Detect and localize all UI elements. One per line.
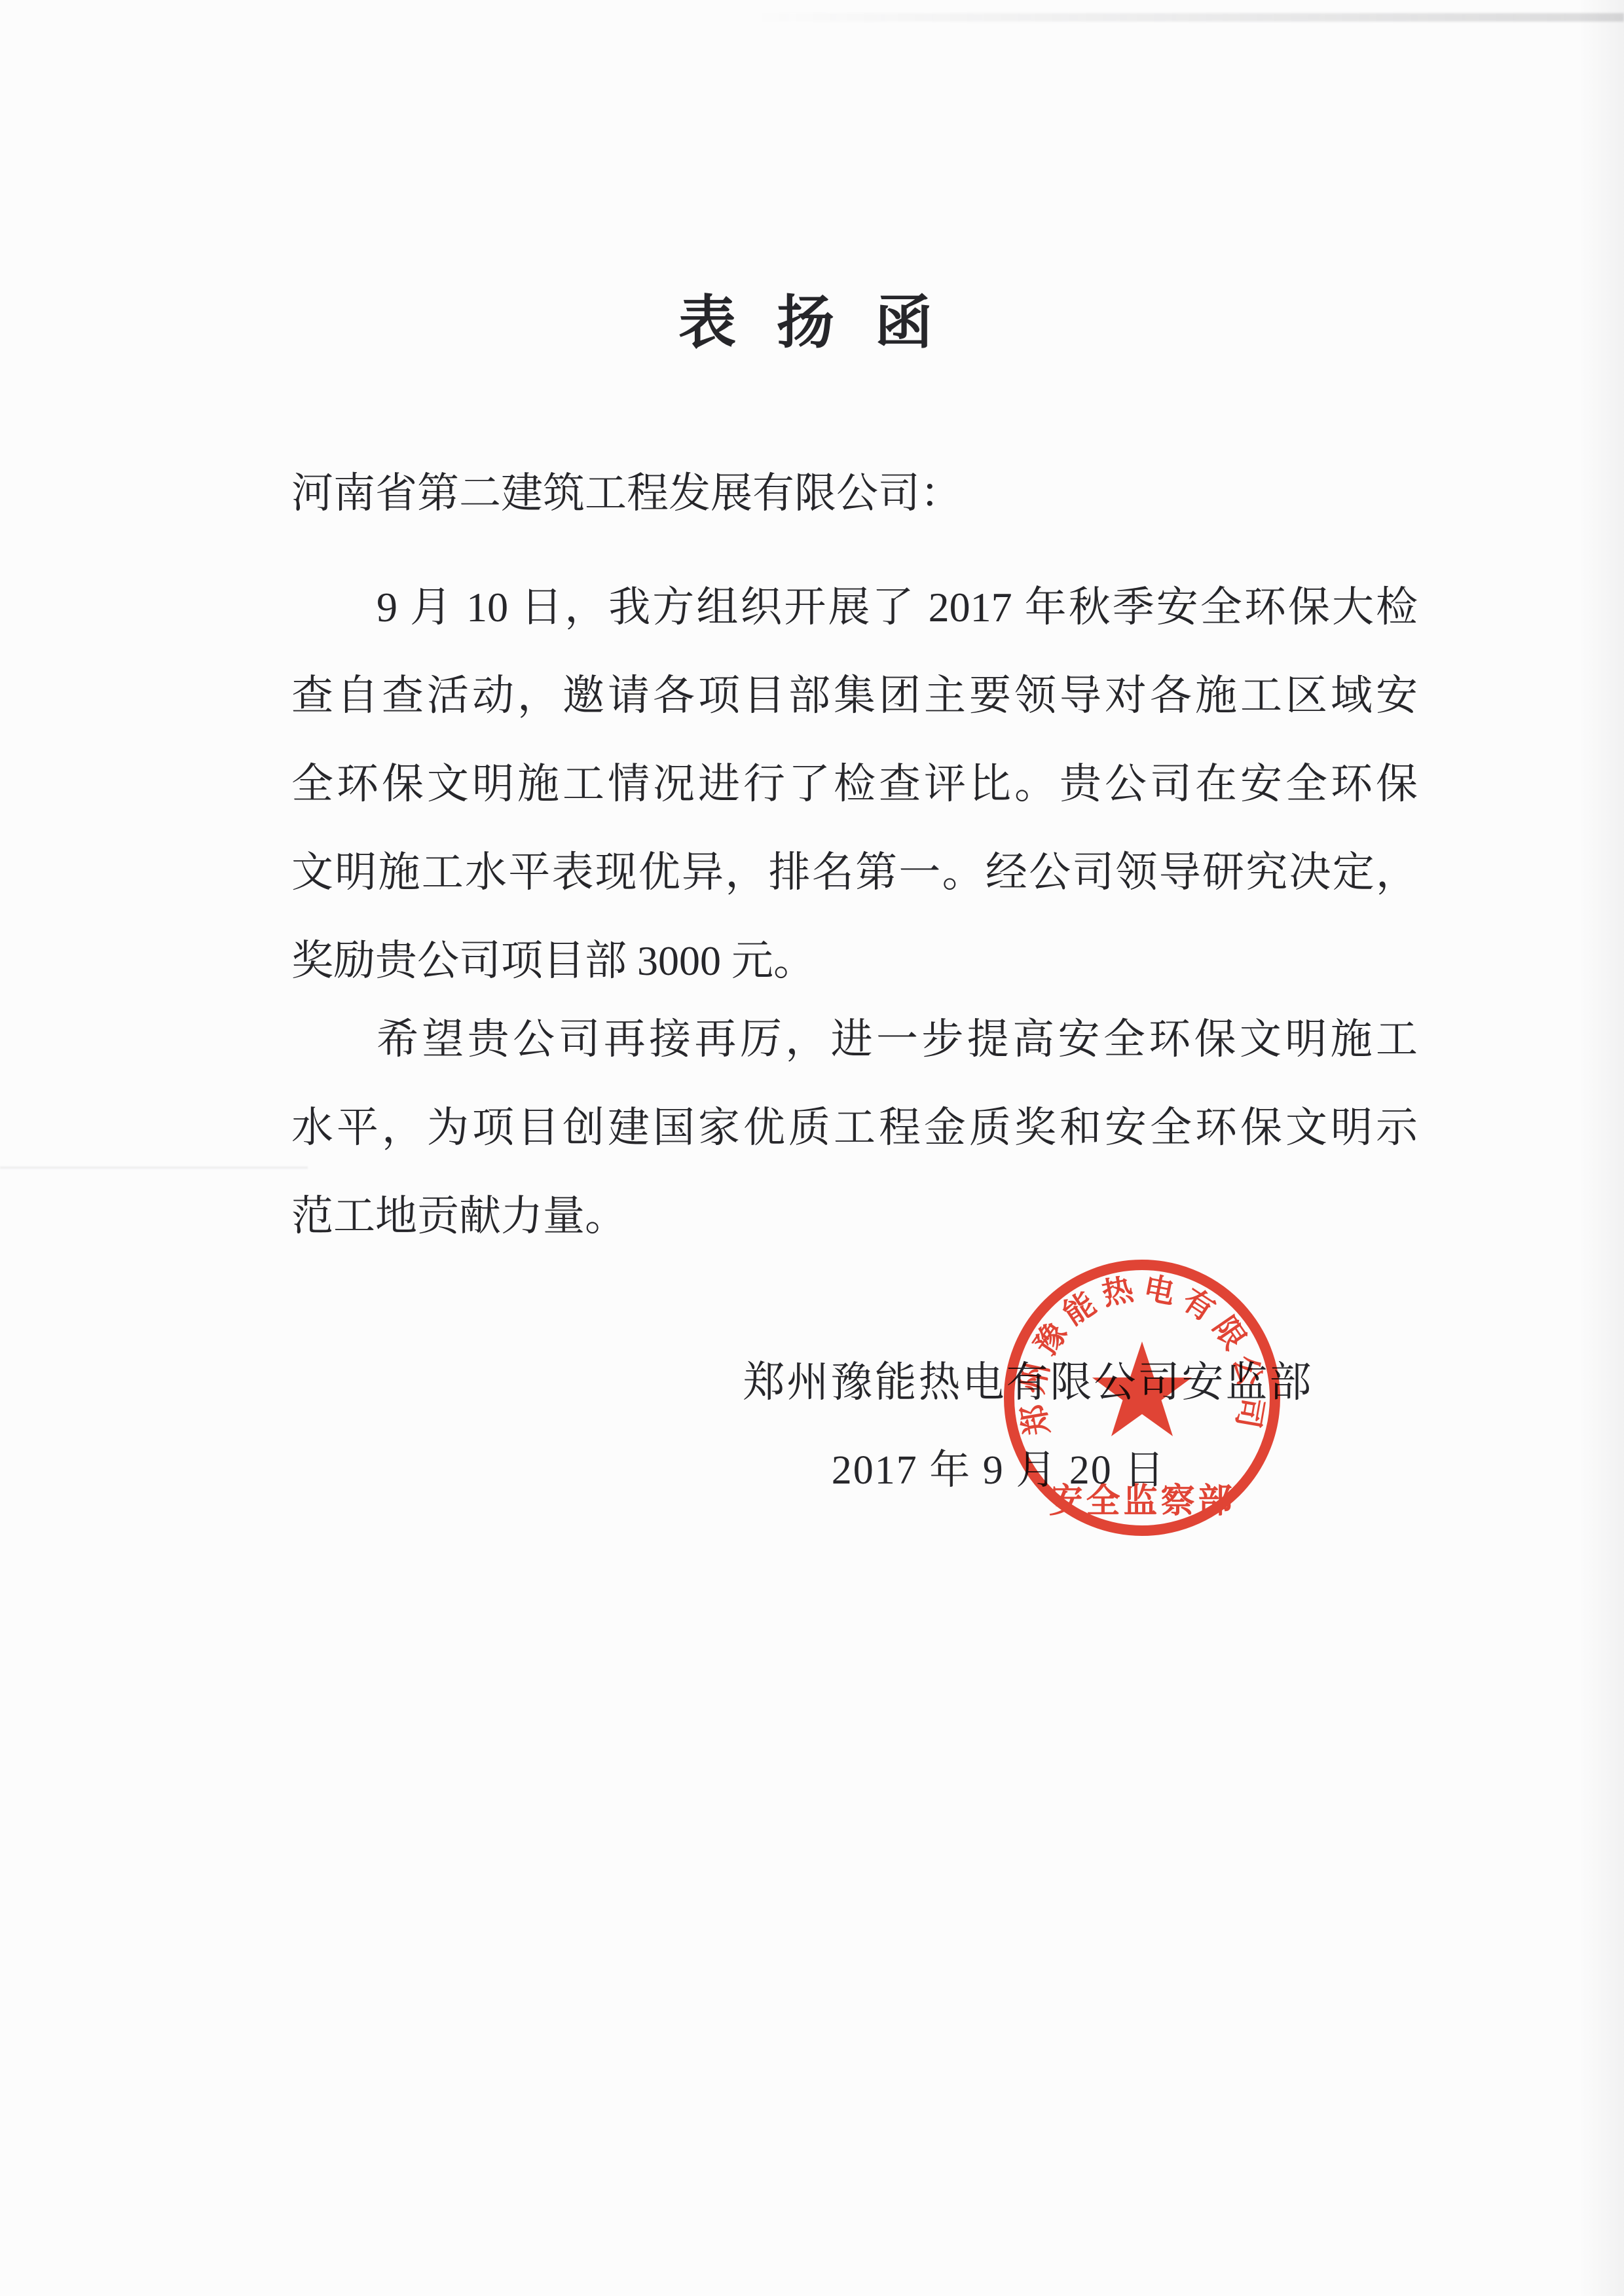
body-line: 奖励贵公司项目部 3000 元。 <box>291 917 1418 1005</box>
seal-star-icon <box>1092 1341 1192 1436</box>
scanned-letter-page: 表 扬 函 河南省第二建筑工程发展有限公司： 9 月 10 日，我方组织开展了 … <box>0 0 1624 2296</box>
body-line: 水平，为项目创建国家优质工程金质奖和安全环保文明示 <box>291 1084 1418 1172</box>
official-seal-stamp: 郑州豫能热电有限公司 安全监察部 <box>998 1255 1286 1543</box>
body-line: 全环保文明施工情况进行了检查评比。贵公司在安全环保 <box>291 740 1418 828</box>
body-line: 希望贵公司再接再厉，进一步提高安全环保文明施工 <box>291 995 1418 1084</box>
scan-artifact-crease <box>0 1167 308 1169</box>
body-line: 范工地贡献力量。 <box>291 1172 1418 1260</box>
salutation: 河南省第二建筑工程发展有限公司： <box>291 462 1444 525</box>
seal-banner-text: 安全监察部 <box>1048 1482 1235 1520</box>
body-line: 查自查活动，邀请各项目部集团主要领导对各施工区域安 <box>291 651 1418 740</box>
body-paragraph-1: 9 月 10 日，我方组织开展了 2017 年秋季安全环保大检 查自查活动，邀请… <box>291 563 1418 1005</box>
letter-title: 表 扬 函 <box>0 288 1624 360</box>
scan-artifact-top-edge <box>753 13 1624 22</box>
body-line: 9 月 10 日，我方组织开展了 2017 年秋季安全环保大检 <box>291 563 1418 651</box>
body-paragraph-2: 希望贵公司再接再厉，进一步提高安全环保文明施工 水平，为项目创建国家优质工程金质… <box>291 995 1418 1260</box>
body-line: 文明施工水平表现优异，排名第一。经公司领导研究决定， <box>291 828 1418 917</box>
